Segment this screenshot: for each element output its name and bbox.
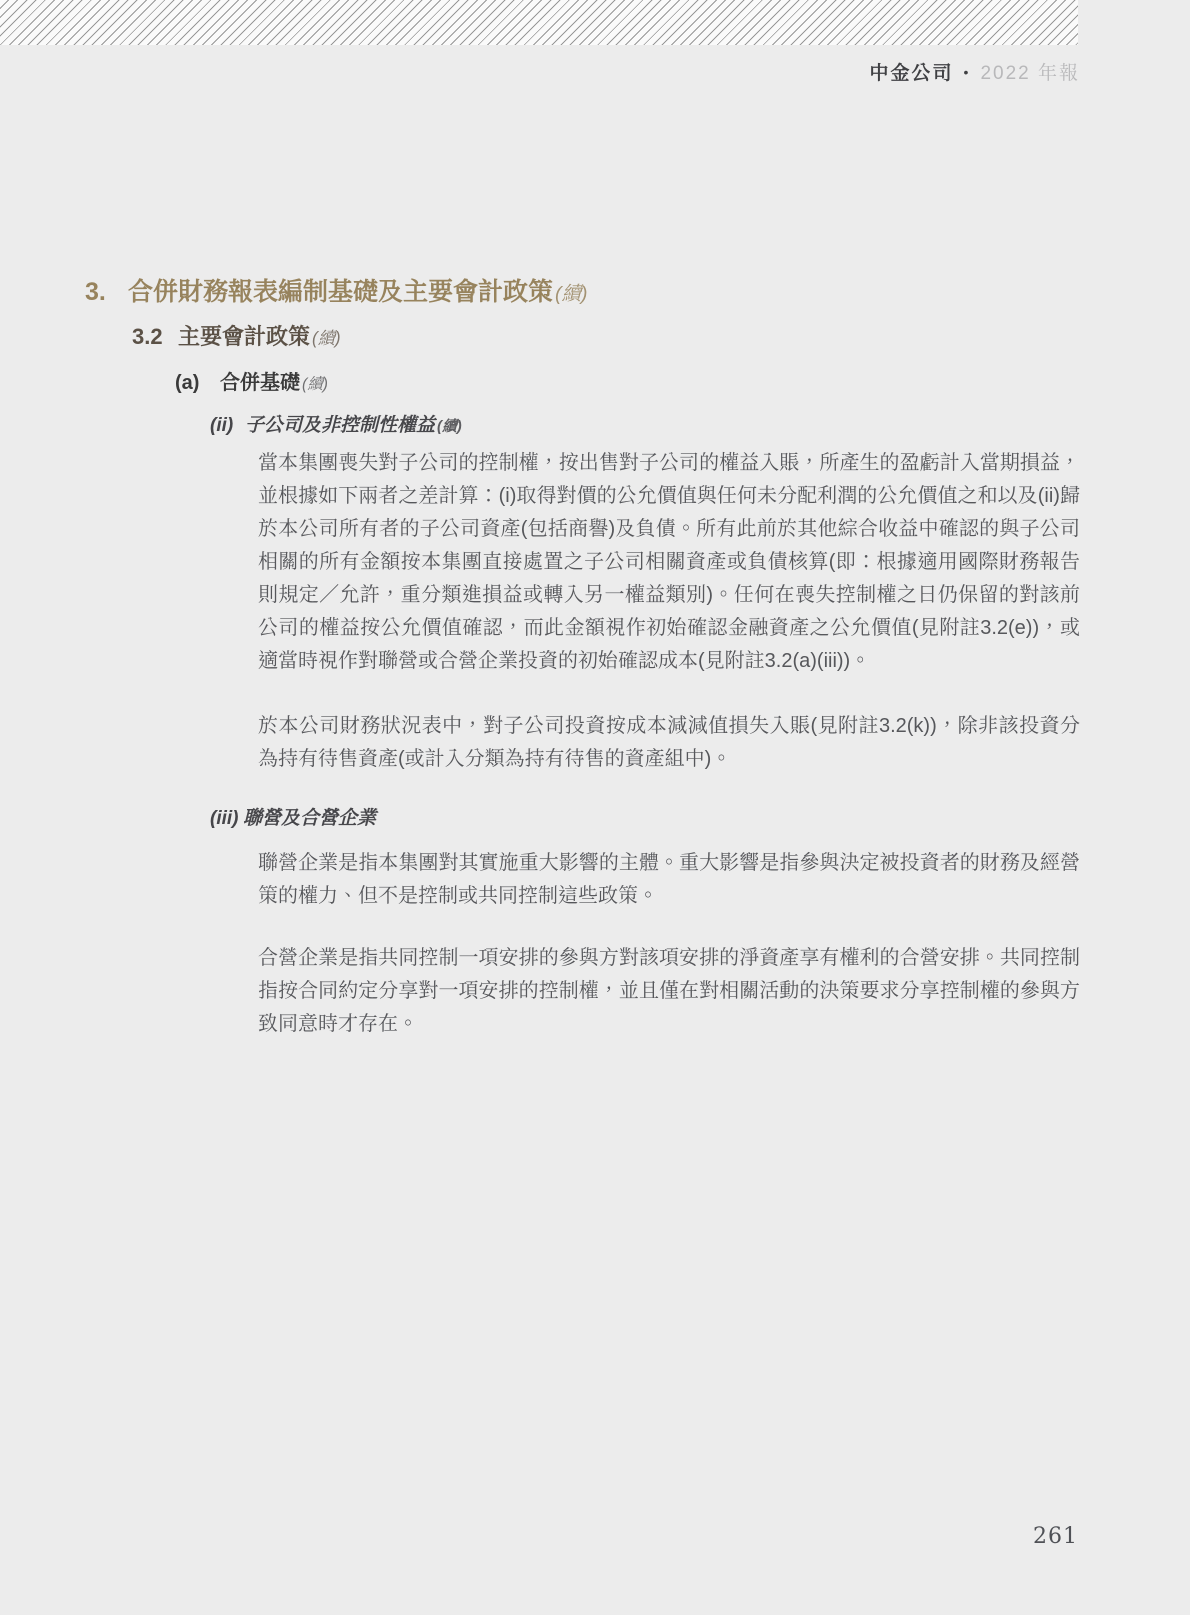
- text-line: 相關的所有金額按本集團直接處置之子公司相關資產或負債核算(即：根據適用國際財務報…: [258, 546, 1080, 579]
- clause-a-heading: (a) 合併基礎(續): [175, 366, 328, 395]
- text-line: 公司的權益按公允價值確認，而此金額視作初始確認金融資產之公允價值(見附註3.2(…: [258, 612, 1080, 645]
- company-name: 中金公司: [870, 58, 954, 85]
- hatched-banner: [0, 0, 1078, 45]
- text-line: 適當時視作對聯營或合營企業投資的初始確認成本(見附註3.2(a)(iii))。: [258, 645, 1080, 678]
- paragraph-company-statement: 於本公司財務狀況表中，對子公司投資按成本減減值損失入賬(見附註3.2(k))，除…: [258, 710, 1080, 776]
- running-header: 中金公司 • 2022 年報: [870, 58, 1080, 85]
- text-line: 致同意時才存在。: [258, 1008, 1080, 1041]
- paragraph-associates: 聯營企業是指本集團對其實施重大影響的主體。重大影響是指參與決定被投資者的財務及經…: [258, 847, 1080, 913]
- paragraph-loss-of-control: 當本集團喪失對子公司的控制權，按出售對子公司的權益入賬，所產生的盈虧計入當期損益…: [258, 447, 1080, 678]
- paragraph-joint-ventures: 合營企業是指共同控制一項安排的參與方對該項安排的淨資產享有權利的合營安排。共同控…: [258, 942, 1080, 1041]
- continued-marker: (續): [312, 328, 341, 348]
- clause-ii-title: 子公司及非控制性權益: [245, 415, 435, 436]
- clause-iii-title: 聯營及合營企業: [243, 808, 376, 829]
- clause-a-number: (a): [175, 372, 220, 395]
- text-line: 並根據如下兩者之差計算：(i)取得對價的公允價值與任何未分配利潤的公允價值之和以…: [258, 480, 1080, 513]
- report-page: 中金公司 • 2022 年報 3. 合併財務報表編制基礎及主要會計政策(續) 3…: [0, 0, 1190, 1615]
- subsection-number: 3.2: [132, 324, 178, 350]
- subsection-title: 主要會計政策: [178, 324, 310, 349]
- continued-marker: (續): [555, 283, 588, 305]
- clause-a-title: 合併基礎: [220, 372, 300, 394]
- section-title: 合併財務報表編制基礎及主要會計政策: [128, 278, 553, 306]
- text-line: 指按合同約定分享對一項安排的控制權，並且僅在對相關活動的決策要求分享控制權的參與…: [258, 975, 1080, 1008]
- text-line: 於本公司所有者的子公司資產(包括商譽)及負債。所有此前於其他綜合收益中確認的與子…: [258, 513, 1080, 546]
- clause-iii-heading: (iii) 聯營及合營企業: [210, 803, 376, 830]
- section-number: 3.: [85, 278, 128, 307]
- text-line: 為持有待售資產(或計入分類為持有待售的資產組中)。: [258, 743, 1080, 776]
- subsection-heading: 3.2 主要會計政策(續): [132, 320, 341, 351]
- clause-ii-heading: (ii) 子公司及非控制性權益(續): [210, 410, 462, 437]
- clause-ii-number: (ii): [210, 415, 245, 437]
- bullet-separator: •: [964, 64, 971, 80]
- text-line: 則規定／允許，重分類進損益或轉入另一權益類別)。任何在喪失控制權之日仍保留的對該…: [258, 579, 1080, 612]
- report-year-label: 2022 年報: [980, 58, 1080, 85]
- continued-marker: (續): [302, 376, 328, 393]
- page-number: 261: [1033, 1524, 1078, 1549]
- text-line: 聯營企業是指本集團對其實施重大影響的主體。重大影響是指參與決定被投資者的財務及經…: [258, 847, 1080, 880]
- continued-marker: (續): [437, 419, 462, 435]
- text-line: 當本集團喪失對子公司的控制權，按出售對子公司的權益入賬，所產生的盈虧計入當期損益…: [258, 447, 1080, 480]
- text-line: 策的權力、但不是控制或共同控制這些政策。: [258, 880, 1080, 913]
- text-line: 合營企業是指共同控制一項安排的參與方對該項安排的淨資產享有權利的合營安排。共同控…: [258, 942, 1080, 975]
- section-heading: 3. 合併財務報表編制基礎及主要會計政策(續): [85, 272, 588, 308]
- text-line: 於本公司財務狀況表中，對子公司投資按成本減減值損失入賬(見附註3.2(k))，除…: [258, 710, 1080, 743]
- clause-iii-number: (iii): [210, 808, 243, 830]
